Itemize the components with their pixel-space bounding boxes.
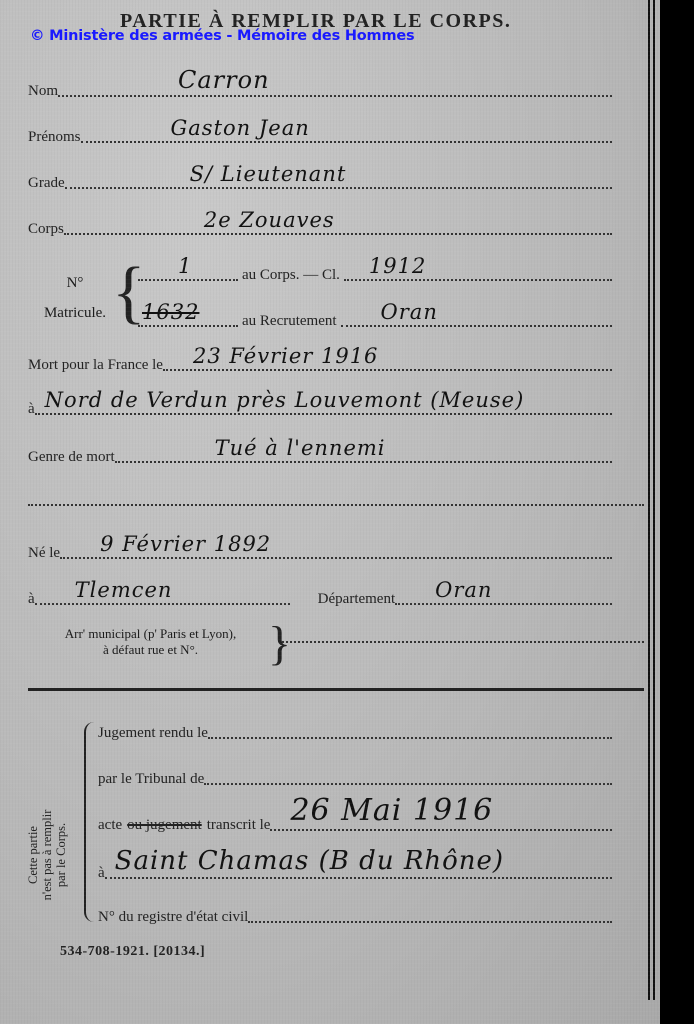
field-naissance: Né le 9 Février 1892 — [28, 538, 612, 562]
print-code: 534-708-1921. [20134.] — [60, 944, 205, 960]
brace-icon: } — [268, 620, 291, 668]
field-arrondissement-line — [282, 641, 644, 643]
field-prenoms: Prénoms Gaston Jean — [28, 122, 612, 146]
field-value: 2e Zouaves — [204, 208, 335, 232]
bracket-line — [84, 722, 94, 922]
section-divider — [28, 688, 644, 691]
field-lieu-transcription: à Saint Chamas (B du Rhône) — [98, 858, 612, 882]
field-registre: N° du registre d'état civil — [98, 902, 612, 926]
field-label: Nom — [28, 83, 58, 100]
matricule-label: N° Matricule. — [30, 268, 120, 328]
field-label: Prénoms — [28, 129, 81, 146]
document-page: PARTIE À REMPLIR PAR LE CORPS. © Ministè… — [0, 0, 660, 1024]
field-lieu-mort: à Nord de Verdun près Louvemont (Meuse) — [28, 394, 612, 418]
border-line — [648, 0, 650, 1000]
field-matricule-recrutement: 1632 au Recrutement Oran — [138, 306, 612, 330]
field-jugement: Jugement rendu le — [98, 718, 612, 742]
field-value: Carron — [178, 66, 270, 94]
side-note: Cette partie n'est pas à remplir par le … — [26, 790, 86, 920]
field-arrondissement-label: Arr' municipal (p' Paris et Lyon), à déf… — [28, 626, 273, 658]
field-label: Corps — [28, 221, 64, 238]
field-matricule-corps: 1 au Corps. — Cl. 1912 — [138, 260, 612, 284]
field-value: Gaston Jean — [171, 116, 310, 140]
field-value: S/ Lieutenant — [190, 162, 347, 186]
field-nom: Nom Carron — [28, 76, 612, 100]
field-grade: Grade S/ Lieutenant — [28, 168, 612, 192]
blank-line — [28, 504, 644, 506]
copyright-watermark: © Ministère des armées - Mémoire des Hom… — [30, 28, 414, 44]
field-lieu-naissance: à Tlemcen Département Oran — [28, 584, 612, 608]
field-corps: Corps 2e Zouaves — [28, 214, 612, 238]
border-line — [653, 0, 655, 1000]
field-genre-mort: Genre de mort Tué à l'ennemi — [28, 442, 612, 466]
field-label: Grade — [28, 175, 65, 192]
field-acte: acte ou jugement transcrit le 26 Mai 191… — [98, 810, 612, 834]
field-mort: Mort pour la France le 23 Février 1916 — [28, 350, 612, 374]
field-tribunal: par le Tribunal de — [98, 764, 612, 788]
